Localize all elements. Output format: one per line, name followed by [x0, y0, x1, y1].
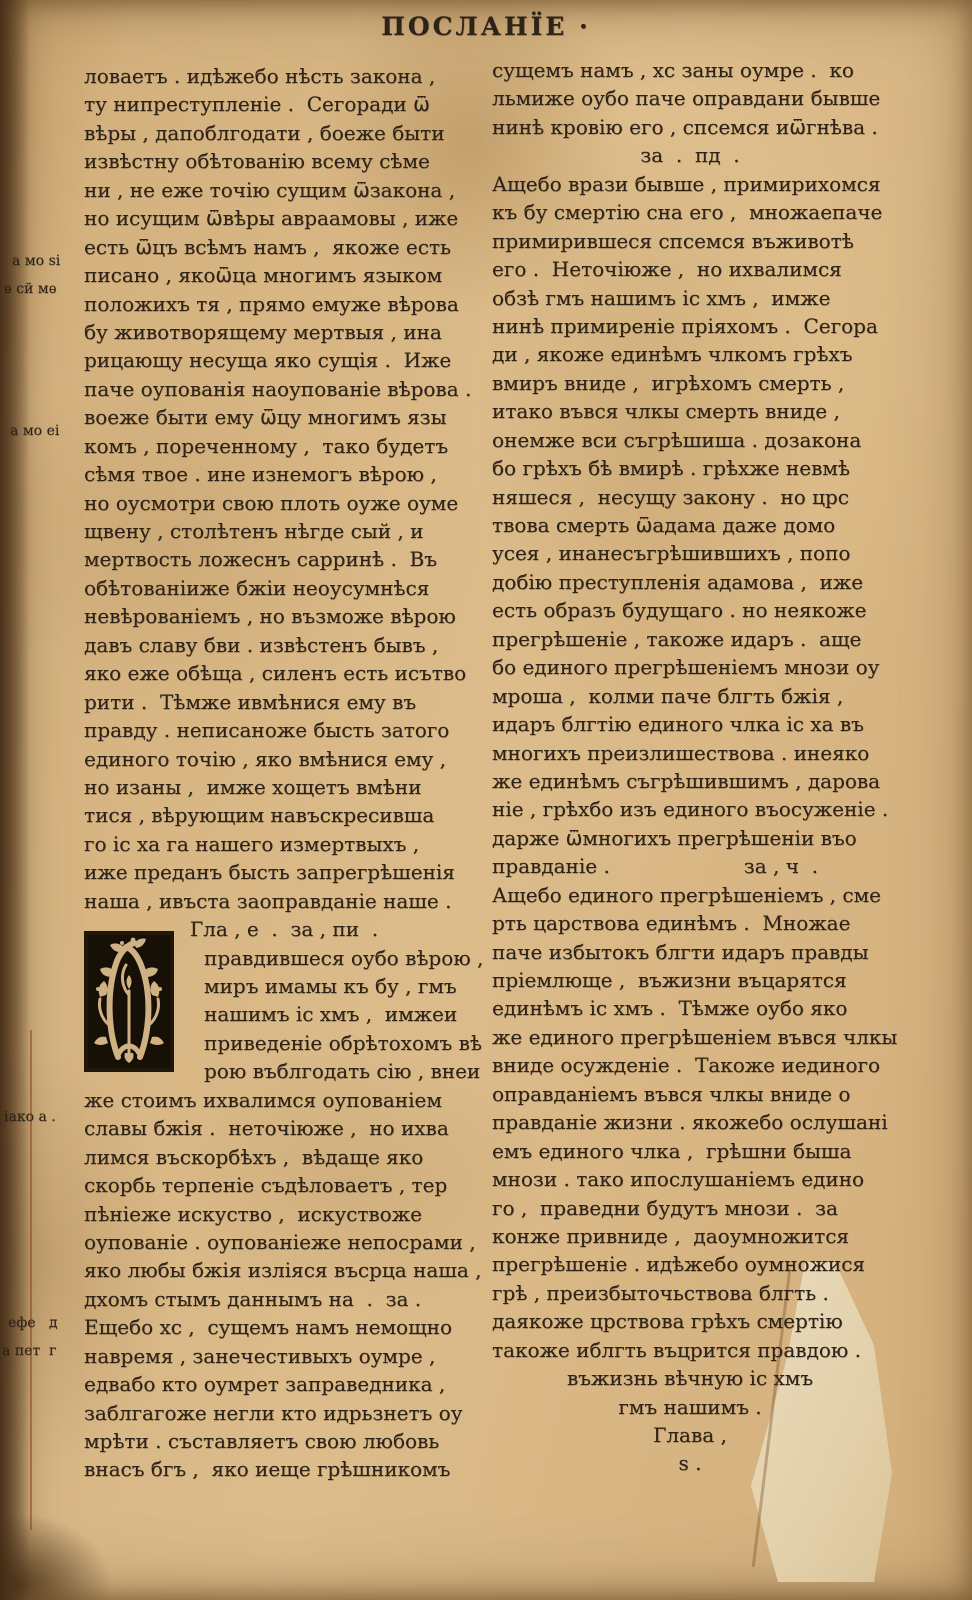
text-line: за . пд . [492, 141, 888, 169]
text-line: примирившеся спсемся въживотѣ [492, 227, 888, 255]
text-line: заблгагоже негли кто идрьзнетъ оу [84, 1399, 484, 1427]
text-line: лимся въскорбѣхъ , вѣдаще яко [84, 1143, 484, 1171]
text-line: единѣмъ іс хмъ . Тѣмже оубо яко [492, 994, 888, 1022]
text-line: яко любы бжія изліяся въсрца наша , [84, 1256, 484, 1284]
text-line: же стоимъ ихвалимся оупованіем [84, 1086, 484, 1114]
text-line: грѣ , преизбыточьствова блгть . [492, 1279, 888, 1307]
text-line: мнози . тако ипослушаніемъ едино [492, 1165, 888, 1193]
text-line: дхомъ стымъ даннымъ на . за . [84, 1285, 484, 1313]
text-line: пріемлюще , въжизни въцарятся [492, 966, 888, 994]
text-line: емъ единого члка , грѣшни быша [492, 1137, 888, 1165]
text-line: яко еже обѣща , силенъ есть исътво [84, 659, 484, 687]
text-line: но изаны , имже хощетъ вмѣни [84, 773, 484, 801]
text-line: бу животворящему мертвыя , ина [84, 318, 484, 346]
text-line: правданіе .за , ч . [492, 852, 888, 880]
text-line: но оусмотри свою плоть оуже оуме [84, 489, 484, 517]
margin-note: а пет г [2, 1344, 56, 1358]
text-line: правду . неписаноже бысть затого [84, 716, 484, 744]
text-line: есть образъ будущаго . но неякоже [492, 596, 888, 624]
text-line: давъ славу бви . извѣстенъ бывъ , [84, 631, 484, 659]
text-line: сущемъ намъ , хс заны оумре . ко [492, 56, 888, 84]
text-line: даякоже црствова грѣхъ смертію [492, 1307, 888, 1335]
text-line: паче оупованія наоупованіе вѣрова . [84, 375, 484, 403]
text-line: Глава , [492, 1421, 888, 1449]
margin-note: ефе д [8, 1316, 58, 1330]
text-line: оправданіемъ въвся члкы вниде о [492, 1080, 888, 1108]
text-line: нинѣ кровію его , спсемся иѿгнѣва . [492, 113, 888, 141]
text-line: ту нипреступленіе . Сегоради ѿ [84, 90, 484, 118]
text-fragment: правданіе . [492, 852, 610, 880]
text-line: ловаетъ . идѣжебо нѣсть закона , [84, 62, 484, 90]
text-line: невѣрованіемъ , но възможе вѣрою [84, 602, 484, 630]
left-text-column: ловаетъ . идѣжебо нѣсть закона ,ту нипре… [84, 62, 484, 1484]
text-line: мроша , колми паче блгть бжія , [492, 682, 888, 710]
text-line: же единого прегрѣшеніем въвся члкы [492, 1023, 888, 1051]
text-line: едвабо кто оумрет заправедника , [84, 1370, 484, 1398]
text-line: бо грѣхъ бѣ вмирѣ . грѣхже невмѣ [492, 454, 888, 482]
text-line: славы бжія . неточіюже , но ихва [84, 1114, 484, 1142]
text-line: твова смерть ѿадама даже домо [492, 511, 888, 539]
text-line: такоже иблгть въцрится правдою . [492, 1336, 888, 1364]
text-line: Ащебо врази бывше , примирихомся [492, 170, 888, 198]
text-line: тися , вѣрующим навъскресивша [84, 801, 484, 829]
text-line: мертвость ложеснъ сарринѣ . Въ [84, 545, 484, 573]
text-line: есть ѿцъ всѣмъ намъ , якоже есть [84, 233, 484, 261]
text-line: бо единого прегрѣшеніемъ мнози оу [492, 653, 888, 681]
text-line: обѣтованіиже бжіи неоусумнѣся [84, 574, 484, 602]
text-line: въжизнь вѣчную іс хмъ [492, 1364, 888, 1392]
text-line: рицающу несуща яко сущія . Иже [84, 346, 484, 374]
text-line: ни , не еже точію сущим ѿзакона , [84, 176, 484, 204]
page-edge-line [30, 1030, 32, 1530]
foliate-initial-icon [84, 931, 174, 1072]
text-line: паче избытокъ блгти идаръ правды [492, 938, 888, 966]
text-line: къ бу смертію сна его , множаепаче [492, 198, 888, 226]
text-line: положихъ тя , прямо емуже вѣрова [84, 290, 484, 318]
text-line: пѣніеже искуство , искуствоже [84, 1200, 484, 1228]
page-title: ПОСЛАНЇЕ · [0, 12, 972, 41]
margin-note: а мо ѕі [12, 254, 60, 268]
text-line: ѕ . [492, 1449, 888, 1477]
text-line: гмъ нашимъ . [492, 1393, 888, 1421]
text-line: нинѣ примиреніе пріяхомъ . Сегора [492, 312, 888, 340]
text-line: Ащебо единого прегрѣшеніемъ , сме [492, 881, 888, 909]
right-text-column: сущемъ намъ , хс заны оумре . кольмиже о… [492, 56, 888, 1478]
book-page: ПОСЛАНЇЕ · а мо ѕіѳ сй мѳа мо еііако а .… [0, 0, 972, 1600]
text-line: комъ , пореченному , тако будетъ [84, 432, 484, 460]
text-line: вниде осужденіе . Такоже иединого [492, 1051, 888, 1079]
text-line: правданіе жизни . якожебо ослушані [492, 1108, 888, 1136]
text-line: итако въвся члкы смерть вниде , [492, 397, 888, 425]
text-line: го , праведни будутъ мнози . за [492, 1194, 888, 1222]
spine-shadow [0, 0, 30, 1600]
margin-note: ѳ сй мѳ [4, 282, 56, 296]
text-line: онемже вси съгрѣшиша . дозакона [492, 426, 888, 454]
text-line: его . Неточіюже , но ихвалимся [492, 255, 888, 283]
text-line: го іс ха га нашего измертвыхъ , [84, 830, 484, 858]
text-line: конже привниде , даоумножится [492, 1222, 888, 1250]
text-line: навремя , занечестивыхъ оумре , [84, 1342, 484, 1370]
text-line: извѣстну обѣтованію всему сѣме [84, 147, 484, 175]
text-line: льмиже оубо паче оправдани бывше [492, 84, 888, 112]
woodcut-initial-O [84, 931, 174, 1072]
text-line: иже преданъ бысть запрегрѣшенія [84, 858, 484, 886]
text-line: же единѣмъ съгрѣшившимъ , дарова [492, 767, 888, 795]
text-line: мрѣти . съставляетъ свою любовь [84, 1427, 484, 1455]
text-line: добію преступленія адамова , иже [492, 568, 888, 596]
text-line: писано , якоѿца многимъ языком [84, 261, 484, 289]
text-line: скорбь терпеніе съдѣловаетъ , тер [84, 1171, 484, 1199]
text-line: усея , инанесъгрѣшившихъ , попо [492, 539, 888, 567]
margin-note: іако а . [4, 1110, 56, 1124]
text-line: рити . Тѣмже ивмѣнися ему въ [84, 688, 484, 716]
text-line: вѣры , дапоблгодати , боеже быти [84, 119, 484, 147]
text-line: наша , ивъста заоправданіе наше . [84, 887, 484, 915]
zachalo-mark: за , ч . [744, 852, 818, 880]
text-line: щвену , столѣтенъ нѣгде сый , и [84, 517, 484, 545]
text-line: внасъ бгъ , яко иеще грѣшникомъ [84, 1455, 484, 1483]
text-line: ніе , грѣхбо изъ единого въосуженіе . [492, 795, 888, 823]
text-line: единого точію , яко вмѣнися ему , [84, 745, 484, 773]
text-line: сѣмя твое . ине изнемогъ вѣрою , [84, 460, 484, 488]
text-line: няшеся , несущу закону . но црс [492, 483, 888, 511]
text-line: но исущим ѿвѣры авраамовы , иже [84, 204, 484, 232]
text-line: идаръ блгтію единого члка іс ха въ [492, 710, 888, 738]
text-line: вмиръ вниде , игрѣхомъ смерть , [492, 369, 888, 397]
text-line: Ещебо хс , сущемъ намъ немощно [84, 1313, 484, 1341]
margin-note: а мо еі [10, 424, 59, 438]
text-line: ди , якоже единѣмъ члкомъ грѣхъ [492, 340, 888, 368]
text-line: рть царствова единѣмъ . Множае [492, 909, 888, 937]
text-line: оупованіе . оупованіеже непосрами , [84, 1228, 484, 1256]
text-line: прегрѣшеніе , такоже идаръ . аще [492, 625, 888, 653]
text-line: прегрѣшеніе . идѣжебо оумножися [492, 1250, 888, 1278]
text-line: обзѣ гмъ нашимъ іс хмъ , имже [492, 284, 888, 312]
text-line: дарже ѿмногихъ прегрѣшеніи въо [492, 824, 888, 852]
text-line: воеже быти ему ѿцу многимъ язы [84, 403, 484, 431]
text-line: многихъ преизлишествова . инеяко [492, 739, 888, 767]
